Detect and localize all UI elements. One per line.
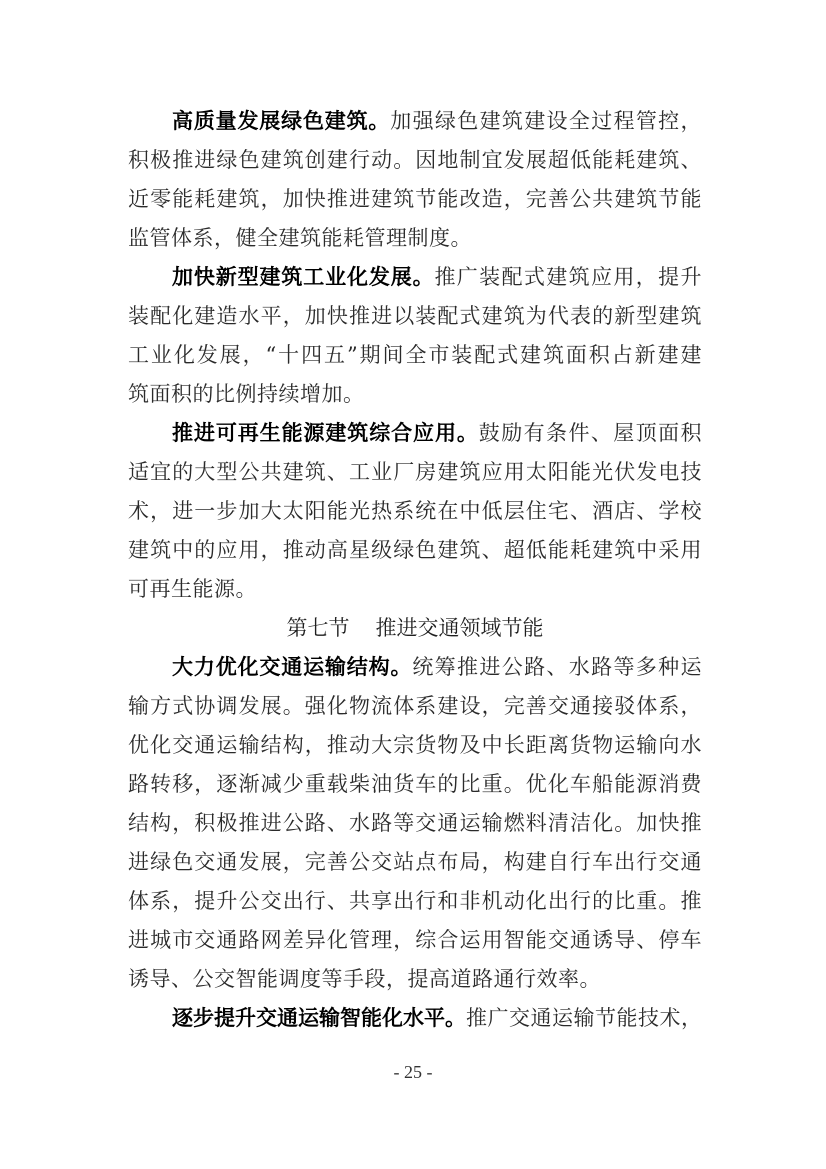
- paragraph-transport-structure: 大力优化交通运输结构。统筹推进公路、水路等多种运 输方式协调发展。强化物流体系建…: [128, 648, 702, 999]
- paragraph-line: 术，进一步加大太阳能光热系统在中低层住宅、酒店、学校: [128, 492, 702, 531]
- paragraph-line: 建筑中的应用，推动高星级绿色建筑、超低能耗建筑中采用: [128, 531, 702, 570]
- paragraph-building-industrialization: 加快新型建筑工业化发展。推广装配式建筑应用，提升 装配化建造水平，加快推进以装配…: [128, 258, 702, 414]
- paragraph-line: 装配化建造水平，加快推进以装配式建筑为代表的新型建筑: [128, 297, 702, 336]
- paragraph-first-line: 推进可再生能源建筑综合应用。鼓励有条件、屋顶面积: [128, 414, 702, 453]
- paragraph-line: 积极推进绿色建筑创建行动。因地制宜发展超低能耗建筑、: [128, 141, 702, 180]
- paragraph-line: 体系，提升公交出行、共享出行和非机动化出行的比重。推: [128, 882, 702, 921]
- paragraph-text: 加强绿色建筑建设全过程管控，: [390, 109, 702, 133]
- paragraph-lead-heading: 大力优化交通运输结构。: [172, 655, 412, 679]
- paragraph-first-line: 大力优化交通运输结构。统筹推进公路、水路等多种运: [128, 648, 702, 687]
- body-text: 高质量发展绿色建筑。加强绿色建筑建设全过程管控， 积极推进绿色建筑创建行动。因地…: [128, 102, 702, 1038]
- section-heading: 第七节推进交通领域节能: [128, 609, 702, 648]
- paragraph-line: 可再生能源。: [128, 570, 702, 609]
- paragraph-line: 近零能耗建筑，加快推进建筑节能改造，完善公共建筑节能: [128, 180, 702, 219]
- section-title: 推进交通领域节能: [376, 616, 544, 640]
- paragraph-line: 进绿色交通发展，完善公交站点布局，构建自行车出行交通: [128, 843, 702, 882]
- paragraph-text: 统筹推进公路、水路等多种运: [412, 655, 702, 679]
- paragraph-transport-intelligence: 逐步提升交通运输智能化水平。推广交通运输节能技术，: [128, 999, 702, 1038]
- document-page: 高质量发展绿色建筑。加强绿色建筑建设全过程管控， 积极推进绿色建筑创建行动。因地…: [0, 0, 826, 1169]
- paragraph-first-line: 逐步提升交通运输智能化水平。推广交通运输节能技术，: [128, 999, 702, 1038]
- paragraph-first-line: 高质量发展绿色建筑。加强绿色建筑建设全过程管控，: [128, 102, 702, 141]
- paragraph-line: 诱导、公交智能调度等手段，提高道路通行效率。: [128, 960, 702, 999]
- paragraph-text: 鼓励有条件、屋顶面积: [479, 421, 702, 445]
- paragraph-renewable-energy: 推进可再生能源建筑综合应用。鼓励有条件、屋顶面积 适宜的大型公共建筑、工业厂房建…: [128, 414, 702, 609]
- paragraph-line: 路转移，逐渐减少重载柴油货车的比重。优化车船能源消费: [128, 765, 702, 804]
- page-number: - 25 -: [0, 1062, 826, 1083]
- paragraph-lead-heading: 逐步提升交通运输智能化水平。: [172, 1006, 466, 1030]
- paragraph-line: 进城市交通路网差异化管理，综合运用智能交通诱导、停车: [128, 921, 702, 960]
- section-number: 第七节: [287, 616, 350, 640]
- paragraph-lead-heading: 推进可再生能源建筑综合应用。: [172, 421, 479, 445]
- paragraph-text: 推广交通运输节能技术，: [466, 1006, 703, 1030]
- paragraph-line: 结构，积极推进公路、水路等交通运输燃料清洁化。加快推: [128, 804, 702, 843]
- paragraph-text: 推广装配式建筑应用，提升: [434, 265, 702, 289]
- paragraph-first-line: 加快新型建筑工业化发展。推广装配式建筑应用，提升: [128, 258, 702, 297]
- paragraph-line: 监管体系，健全建筑能耗管理制度。: [128, 219, 702, 258]
- paragraph-line: 筑面积的比例持续增加。: [128, 375, 702, 414]
- paragraph-lead-heading: 加快新型建筑工业化发展。: [172, 265, 434, 289]
- paragraph-lead-heading: 高质量发展绿色建筑。: [172, 109, 390, 133]
- paragraph-green-buildings: 高质量发展绿色建筑。加强绿色建筑建设全过程管控， 积极推进绿色建筑创建行动。因地…: [128, 102, 702, 258]
- paragraph-line: 工业化发展，“十四五”期间全市装配式建筑面积占新建建: [128, 336, 702, 375]
- paragraph-line: 优化交通运输结构，推动大宗货物及中长距离货物运输向水: [128, 726, 702, 765]
- paragraph-line: 输方式协调发展。强化物流体系建设，完善交通接驳体系，: [128, 687, 702, 726]
- paragraph-line: 适宜的大型公共建筑、工业厂房建筑应用太阳能光伏发电技: [128, 453, 702, 492]
